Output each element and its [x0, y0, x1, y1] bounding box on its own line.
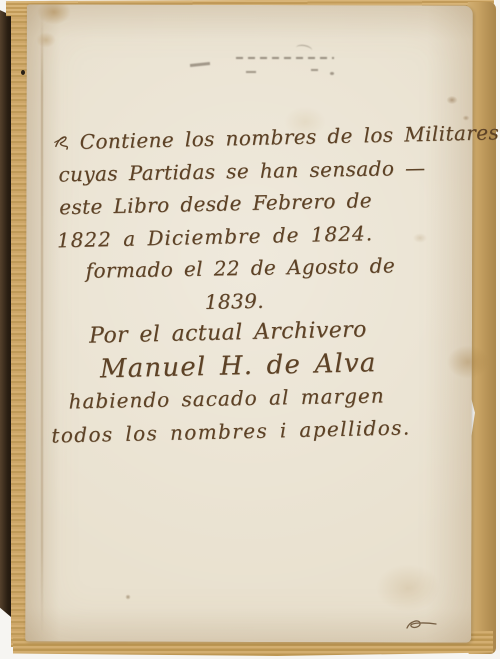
text-line: formado el 22 de Agosto de — [85, 248, 450, 287]
text-line-content: Contiene los nombres de los Militares — [79, 120, 499, 154]
binding-crease — [41, 12, 43, 634]
text-line-content: 1822 a Diciembre de 1824. — [57, 221, 374, 252]
faint-ink-marks — [246, 71, 256, 73]
text-line-content: habiendo sacado al margen — [68, 383, 384, 413]
text-line-content: Por el actual Archivero — [89, 317, 367, 348]
text-line-content: cuyas Partidas se han sensado — — [58, 155, 425, 186]
ink-flourish-icon — [403, 615, 441, 635]
faint-ink-marks — [311, 69, 318, 71]
handwritten-text-block: Contiene los nombres de los Militares cu… — [44, 117, 453, 451]
paraph-mark-icon — [53, 133, 75, 151]
text-line-content: Manuel H. de Alva — [100, 348, 377, 384]
text-line: cuyas Partidas se han sensado — — [58, 151, 448, 191]
text-line-content: este Libro desde Febrero de — [59, 188, 372, 219]
text-line-content: 1839. — [204, 288, 264, 313]
binding-hole — [21, 70, 25, 75]
faint-ink-marks — [330, 72, 334, 75]
faint-ink-marks — [236, 57, 334, 59]
manuscript-photo: Contiene los nombres de los Militares cu… — [0, 0, 500, 659]
text-line-content: formado el 22 de Agosto de — [85, 253, 395, 282]
text-line-content: todos los nombres i apellidos. — [51, 415, 411, 447]
